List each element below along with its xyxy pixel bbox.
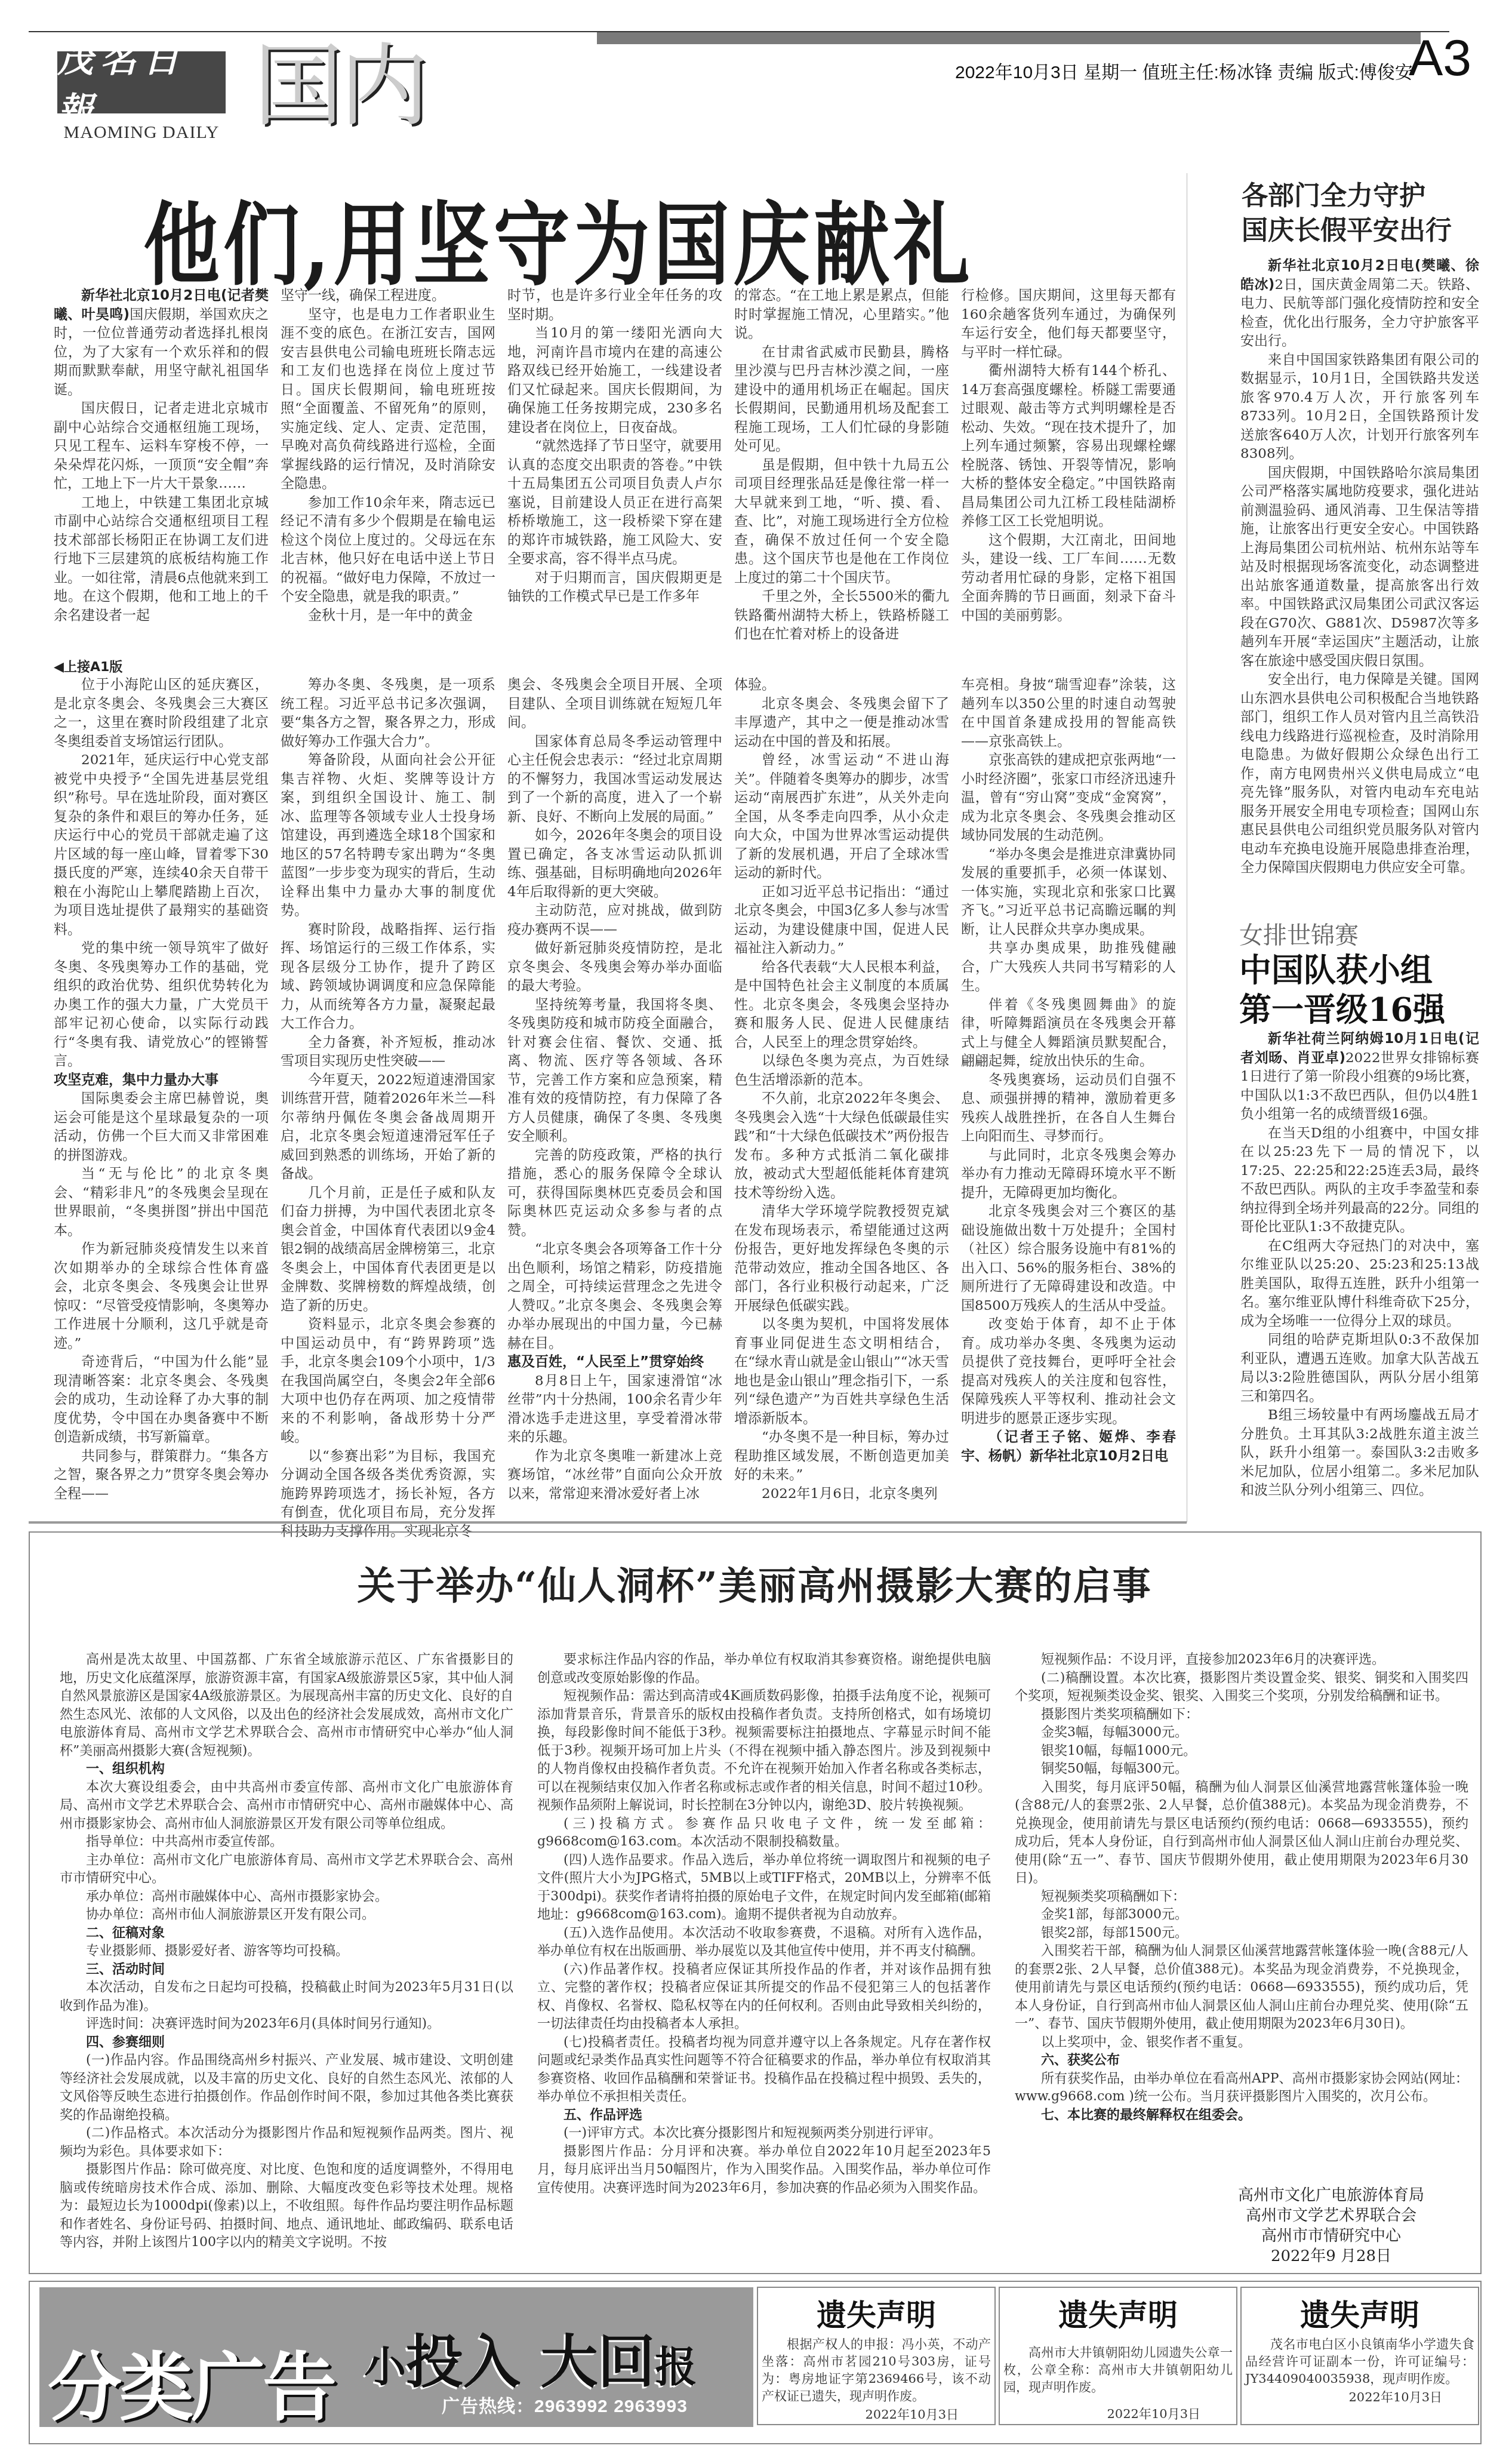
dateline-lead: 新华社北京10月2日电(樊曦、徐皓冰)	[1240, 258, 1479, 293]
slogan-part: 报	[655, 2343, 697, 2392]
paragraph: 资料显示，北京冬奥会参赛的中国运动员中，有“跨界跨项”选手，北京冬奥会109个小…	[281, 1315, 495, 1447]
signer: 高州市文化广电旅游体育局	[1206, 2185, 1456, 2205]
paragraph: 曾经，冰雪运动“不进山海关”。伴随着冬奥筹办的脚步，冰雪运动“南展西扩东进”，从…	[734, 751, 949, 883]
paragraph: “办冬奥不是一种目标，筹办过程助推区域发展，不断创造更加美好的未来。”	[734, 1428, 949, 1485]
paragraph: 安全出行，电力保障是关键。国网山东泗水县供电公司积极配合当地铁路部门，组织工作人…	[1240, 670, 1479, 878]
paragraph: 新华社荷兰阿纳姆10月1日电(记者刘旸、肖亚卓)2022世界女排锦标赛1日进行了…	[1240, 1030, 1479, 1124]
signer: 高州市市情研究中心	[1206, 2226, 1456, 2246]
side-headline-volleyball: 女排世锦赛 中国队获小组 第一晋级16强	[1239, 916, 1478, 1029]
lost-notice-1: 遗失声明 根据产权人的申报：冯小英，不动产坐落：高州市茗园210号303房，证号…	[757, 2287, 996, 2425]
paragraph: 参加工作10余年来，隋志远已经记不清有多少个假期是在输电运检这个岗位上度过的。父…	[281, 494, 495, 607]
side-story-travel-body: 新华社北京10月2日电(樊曦、徐皓冰)2日，国庆黄金周第二天。铁路、电力、民航等…	[1240, 257, 1479, 878]
text-column: 筹办冬奥、冬残奥，是一项系统工程。习近平总书记多次强调，要“集各方之智，聚各界之…	[281, 676, 495, 1541]
column-divider	[1187, 173, 1187, 1522]
paragraph: 金秋十月，是一年中的黄金	[281, 607, 495, 626]
text-column: 车亮相。身披“瑞雪迎春”涂装，这趟列车以350公里的时速自动驾驶在中国首条建成投…	[961, 676, 1176, 1466]
text-column: 的常态。“在工地上累是累点，但能时时掌握施工情况，心里踏实。”他说。在甘肃省武威…	[734, 287, 949, 644]
notice-body: 根据产权人的申报：冯小英，不动产坐落：高州市茗园210号303房，证号为：粤房地…	[762, 2336, 991, 2405]
paragraph: 对于归期而言，国庆假期更是铀铁的工作模式早已是工作多年	[507, 569, 722, 607]
paragraph: 评选时间：决赛评选时间为2023年6月(具体时间另行通知)。	[60, 2015, 513, 2034]
paragraph: 主动防范，应对挑战，做到防疫办赛两不误——	[507, 902, 722, 939]
paragraph: 短视频作品：不设月评，直接参加2023年6月的决赛评选。	[1015, 1651, 1468, 1669]
dateline-lead: 新华社北京10月2日电(记者樊曦、叶昊鸣)	[54, 288, 269, 322]
lead-headline: 他们,用坚守为国庆献礼	[143, 173, 974, 303]
paragraph: (四)人选作品要求。作品入选后，举办单位将统一调取图片和视频的电子文件(照片大小…	[537, 1851, 991, 1924]
paragraph: 清华大学环境学院教授贺克斌在发布现场表示，希望能通过这两份报告，更好地发挥绿色冬…	[734, 1202, 949, 1315]
paragraph: 在当天D组的小组赛中，中国女排在以25:23先下一局的情况下，以17:25、22…	[1240, 1124, 1479, 1237]
volleyball-kicker: 女排世锦赛	[1239, 916, 1478, 950]
paragraph: 时节，也是许多行业全年任务的攻坚时期。	[507, 287, 722, 324]
text-column: 新华社北京10月2日电(记者樊曦、叶昊鸣)国庆假期，举国欢庆之时，一位位普通劳动…	[54, 287, 269, 625]
paragraph: 国庆假日，记者走进北京城市副中心站综合交通枢纽施工现场，只见工程车、运料车穿梭不…	[54, 399, 269, 494]
lost-notice-3: 遗失声明 茂名市电白区小良镇南华小学遗失食品经营许可证副本一份，许可证编号：JY…	[1240, 2287, 1479, 2425]
paragraph: 几个月前，正是任子威和队友们奋力拼搏，为中国代表团北京冬奥会首金，中国体育代表团…	[281, 1184, 495, 1316]
paragraph: 短视频类奖项稿酬如下：	[1015, 1888, 1468, 1906]
paragraph: 以绿色冬奥为亮点，为百姓绿色生活增添新的范本。	[734, 1052, 949, 1090]
text-column: 高州是冼太故里、中国荔都、广东省全域旅游示范区、广东省摄影目的地，历史文化底蕴深…	[60, 1651, 513, 2252]
paragraph: 衢州湖特大桥有144个桥孔、14万套高强度螺栓。桥隧工需要通过眼观、敲击等方式判…	[961, 362, 1176, 531]
paragraph: 京张高铁的建成把京张两地“一小时经济圈”，张家口市经济迅速升温，曾有“穷山窝”变…	[961, 751, 1176, 845]
paragraph: 今年夏天，2022短道速滑国家训练营开营，随着2026年米兰—科尔蒂纳丹佩佐冬奥…	[281, 1071, 495, 1184]
text-column: 时节，也是许多行业全年任务的攻坚时期。当10月的第一缕阳光洒向大地，河南许昌市境…	[507, 287, 722, 607]
notice-date: 2022年10月3日	[758, 2405, 994, 2423]
paragraph: 虽是假期，但中铁十九局五公司项目经理张品廷是像往常一样一大早就来到工地，“听、摸…	[734, 456, 949, 588]
paragraph: 奇迹背后，“中国为什么能”显现清晰答案：北京冬奥会、冬残奥会的成功，生动诠释了办…	[54, 1353, 269, 1447]
paragraph: 北京冬奥会、冬残奥会留下了丰厚遗产，其中之一便是推动冰雪运动在中国的普及和拓展。	[734, 695, 949, 752]
paragraph: 银奖2部，每部1500元。	[1015, 1924, 1468, 1943]
paragraph: 当“无与伦比”的北京冬奥会、“精彩非凡”的冬残奥会呈现在世界眼前，“冬奥拼图”拼…	[54, 1165, 269, 1240]
paragraph: 作为新冠肺炎疫情发生以来首次如期举办的全球综合性体育盛会，北京冬奥会、冬残奥会让…	[54, 1240, 269, 1353]
paragraph: 2022年1月6日，北京冬奥列	[734, 1485, 949, 1504]
paragraph: 以上奖项中，金、银奖作者不重复。	[1015, 2034, 1468, 2052]
paragraph: 同组的哈萨克斯坦队0:3不敌保加利亚队，遭遇五连败。加拿大队苦战五局以3:2险胜…	[1240, 1331, 1479, 1406]
paragraph: 主办单位：高州市文化广电旅游体育局、高州市文学艺术界联合会、高州市市情研究中心。	[60, 1851, 513, 1888]
paragraph: (五)入选作品使用。本次活动不收取参赛费，不退稿。对所有入选作品，举办单位有权在…	[537, 1924, 991, 1961]
side-headline-travel: 各部门全力守护 国庆长假平安出行	[1242, 179, 1452, 248]
contest-date: 2022年9 月28日	[1206, 2246, 1456, 2266]
paragraph: (一)作品内容。作品围绕高州乡村振兴、产业发展、城市建设、文明创建等经济社会发展…	[60, 2051, 513, 2124]
subheading: 一、组织机构	[60, 1760, 513, 1779]
paragraph: “就然选择了节日坚守，就要用认真的态度交出职责的答卷。”中铁十五局集团五公司项目…	[507, 437, 722, 569]
paragraph: 改变始于体育，却不止于体育。成功举办冬奥、冬残奥为运动员提供了竞技舞台，更呼吁全…	[961, 1315, 1176, 1428]
subheading: 七、本比赛的最终解释权在组委会。	[1015, 2106, 1468, 2125]
masthead-grey-bar	[597, 32, 1421, 44]
slogan-part: 回	[598, 2328, 655, 2395]
paragraph: 作为北京冬奥唯一新建冰上竞赛场馆，“冰丝带”自面向公众开放以来，常常迎来滑冰爱好…	[507, 1447, 722, 1504]
notice-body: 高州市大井镇朝阳幼儿园遗失公章一枚，公章全称：高州市大井镇朝阳幼儿园，现声明作废…	[1003, 2344, 1233, 2396]
side-headline-line2: 国庆长假平安出行	[1242, 214, 1452, 248]
paragraph: 给各代表载“大人民根本利益，是中国特色社会主义制度的本质属性。北京冬奥会，冬残奥…	[734, 958, 949, 1053]
paragraph: 铜奖50幅，每幅300元。	[1015, 1760, 1468, 1779]
notice-title: 遗失声明	[1242, 2291, 1478, 2334]
text-column: 坚守一线，确保工程进度。坚守，也是电力工作者职业生涯不变的底色。在浙江安吉，国网…	[281, 287, 495, 625]
paragraph: 这个假期，大江南北，田间地头，建设一线、工厂车间……无数劳动者用忙碌的身影，定格…	[961, 531, 1176, 626]
contest-signers: 高州市文化广电旅游体育局 高州市文学艺术界联合会 高州市市情研究中心 2022年…	[1206, 2185, 1456, 2266]
paragraph: 冬残奥赛场，运动员们自强不息、顽强拼搏的精神，激励着更多残疾人战胜挫折，在各自人…	[961, 1071, 1176, 1146]
section-divider	[29, 1521, 1187, 1524]
paragraph: 在甘肃省武威市民勤县，腾格里沙漠与巴丹吉林沙漠之间，一座建设中的通用机场正在崛起…	[734, 343, 949, 456]
slogan-part: 投入	[406, 2328, 521, 2395]
contest-title: 关于举办“仙人洞杯”美丽高州摄影大赛的启事	[0, 1555, 1509, 1610]
paragraph: “举办冬奥会是推进京津冀协同发展的重要抓手，必须一体谋划、一体实施，实现北京和张…	[961, 845, 1176, 940]
continued-from-label: ◀上接A1版	[54, 657, 122, 675]
dateline-lead: （记者王子铭、姬烨、李春宇、杨帆）新华社北京10月2日电	[961, 1429, 1176, 1464]
paragraph: 全力备赛，补齐短板，推动冰雪项目实现历史性突破——	[281, 1033, 495, 1071]
notice-body: 茂名市电白区小良镇南华小学遗失食品经营许可证副本一份，许可证编号：JY34409…	[1245, 2336, 1474, 2388]
newspaper-logo-english: MAOMING DAILY	[57, 122, 226, 143]
paragraph: 正如习近平总书记指出：“通过北京冬奥会，中国3亿多人参与冰雪运动，为建设健康中国…	[734, 883, 949, 958]
text-column: 行检修。国庆期间，这里每天都有160余趟客货列车通过，为确保列车运行安全，他们每…	[961, 287, 1176, 625]
text-column: 短视频作品：不设月评，直接参加2023年6月的决赛评选。(二)稿酬设置。本次比赛…	[1015, 1651, 1468, 2124]
volleyball-headline-line1: 中国队获小组	[1239, 950, 1478, 990]
dateline-lead: 新华社荷兰阿纳姆10月1日电(记者刘旸、肖亚卓)	[1240, 1031, 1479, 1066]
paragraph: 所有获奖作品，由举办单位在看高州APP、高州市摄影家协会网站(网址：www.g9…	[1015, 2070, 1468, 2106]
paragraph: 与此同时，北京冬残奥会筹办举办有力推动无障碍环境水平不断提升，无障碍更加均衡化。	[961, 1146, 1176, 1203]
classified-ad-slogan: 小投入 大回报	[364, 2317, 697, 2398]
paragraph: 摄影图片作品：分月评和决赛。举办单位自2022年10月起至2023年5月，每月底…	[537, 2143, 991, 2198]
slogan-part: 大	[540, 2328, 598, 2395]
paragraph: 奥会、冬残奥会全项目开展、全项目建队、全项目训练就在短短几年间。	[507, 676, 722, 733]
text-column: 位于小海陀山区的延庆赛区，是北京冬奥会、冬残奥会三大赛区之一，这里在赛时阶段组建…	[54, 676, 269, 1503]
paragraph: 国际奥委会主席巴赫曾说，奥运会可能是这个星球最复杂的一项活动，仿佛一个巨大而又非…	[54, 1090, 269, 1165]
paragraph: 赛时阶段，战略指挥、运行指挥、场馆运行的三级工作体系，实现各层级分工协作，提升了…	[281, 921, 495, 1033]
paragraph: 千里之外，全长5500米的衢九铁路衢州湖特大桥上，铁路桥隧工们也在忙着对桥上的设…	[734, 587, 949, 644]
subheading: 六、获奖公布	[1015, 2051, 1468, 2070]
paragraph: 筹备阶段，从面向社会公开征集吉祥物、火炬、奖牌等设计方案，到组织全国设计、施工、…	[281, 751, 495, 921]
paragraph: （记者王子铭、姬烨、李春宇、杨帆）新华社北京10月2日电	[961, 1428, 1176, 1466]
dateline: 2022年10月3日 星期一 值班主任:杨冰锋 责编 版式:傅俊安	[955, 57, 1413, 84]
paragraph: 坚持统筹考量，我国将冬奥、冬残奥防疫和城市防疫全面融合，针对赛会住宿、餐饮、交通…	[507, 996, 722, 1146]
notice-date: 2022年10月3日	[1242, 2388, 1478, 2405]
paragraph: 以冬奥为契机，中国将发展体育事业同促进生态文明相结合，在“绿水青山就是金山银山”…	[734, 1315, 949, 1428]
subheading: 四、参赛细则	[60, 2034, 513, 2052]
side-headline-line1: 各部门全力守护	[1242, 179, 1452, 214]
paragraph: 新华社北京10月2日电(樊曦、徐皓冰)2日，国庆黄金周第二天。铁路、电力、民航等…	[1240, 257, 1479, 351]
paragraph: 共享办奥成果，助推残健融合，广大残疾人共同书写精彩的人生。	[961, 939, 1176, 996]
paragraph: 车亮相。身披“瑞雪迎春”涂装，这趟列车以350公里的时速自动驾驶在中国首条建成投…	[961, 676, 1176, 751]
paragraph: 指导单位：中共高州市委宣传部。	[60, 1833, 513, 1851]
paragraph: 承办单位：高州市融媒体中心、高州市摄影家协会。	[60, 1888, 513, 1906]
volleyball-headline-line2: 第一晋级16强	[1239, 990, 1478, 1029]
paragraph: 金奖1部，每部3000元。	[1015, 1906, 1468, 1924]
paragraph: 要求标注作品内容的作品，举办单位有权取消其参赛资格。谢绝提供电脑创意或改变原始影…	[537, 1651, 991, 1687]
paragraph: 坚守，也是电力工作者职业生涯不变的底色。在浙江安吉，国网安吉县供电公司输电班班长…	[281, 306, 495, 494]
paragraph: 做好新冠肺炎疫情防控，是北京冬奥会、冬残奥会筹办举办面临的最大考验。	[507, 939, 722, 996]
paragraph: 如今，2026年冬奥会的项目设置已确定，各支冰雪运动队抓训练、强基础，目标明确地…	[507, 826, 722, 902]
text-column: 要求标注作品内容的作品，举办单位有权取消其参赛资格。谢绝提供电脑创意或改变原始影…	[537, 1651, 991, 2197]
paragraph: 新华社北京10月2日电(记者樊曦、叶昊鸣)国庆假期，举国欢庆之时，一位位普通劳动…	[54, 287, 269, 399]
paragraph: 2021年，延庆运行中心党支部被党中央授予“全国先进基层党组织”称号。早在选址阶…	[54, 751, 269, 939]
paragraph: 8月8日上午，国家速滑馆“冰丝带”内十分热闹，100余名青少年滑冰选手走进这里，…	[507, 1372, 722, 1447]
notice-date: 2022年10月3日	[1000, 2396, 1236, 2422]
paragraph: 行检修。国庆期间，这里每天都有160余趟客货列车通过，为确保列车运行安全，他们每…	[961, 287, 1176, 362]
signer: 高州市文学艺术界联合会	[1206, 2205, 1456, 2226]
subheading: 攻坚克难，集中力量办大事	[54, 1071, 269, 1090]
paragraph: 的常态。“在工地上累是累点，但能时时掌握施工情况，心里踏实。”他说。	[734, 287, 949, 343]
text-column: 奥会、冬残奥会全项目开展、全项目建队、全项目训练就在短短几年间。国家体育总局冬季…	[507, 676, 722, 1503]
paragraph: 协办单位：高州市仙人洞旅游景区开发有限公司。	[60, 1906, 513, 1924]
paragraph: 以“参赛出彩”为目标，我国充分调动全国各级各类优秀资源，实施跨界跨项选才，扬长补…	[281, 1447, 495, 1542]
paragraph: 专业摄影师、摄影爱好者、游客等均可投稿。	[60, 1942, 513, 1961]
paragraph: 高州是冼太故里、中国荔都、广东省全域旅游示范区、广东省摄影目的地，历史文化底蕴深…	[60, 1651, 513, 1760]
paragraph: 共同参与，群策群力。“集各方之智，聚各界之力”贯穿冬奥会筹办全程——	[54, 1447, 269, 1504]
side-story-volleyball-body: 新华社荷兰阿纳姆10月1日电(记者刘旸、肖亚卓)2022世界女排锦标赛1日进行了…	[1240, 1030, 1479, 1500]
paragraph: 银奖10幅，每幅1000元。	[1015, 1742, 1468, 1761]
paragraph: 国庆假期，中国铁路哈尔滨局集团公司严格落实属地防疫要求，强化进站前测温验码、通风…	[1240, 464, 1479, 671]
paragraph: 不久前，北京2022年冬奥会、冬残奥会入选“十大绿色低碳最佳实践”和“十大绿色低…	[734, 1090, 949, 1202]
subheading: 惠及百姓，“人民至上”贯穿始终	[507, 1353, 722, 1372]
paragraph: (一)评审方式。本次比赛分摄影图片和短视频两类分别进行评审。	[537, 2124, 991, 2143]
paragraph: 短视频作品：需达到高清或4K画质数码影像，拍摄手法角度不论，视频可添加背景音乐，…	[537, 1687, 991, 1815]
text-column: 体验。北京冬奥会、冬残奥会留下了丰厚遗产，其中之一便是推动冰雪运动在中国的普及和…	[734, 676, 949, 1503]
paragraph: 来自中国国家铁路集团有限公司的数据显示，10月1日，全国铁路共发送旅客970.4…	[1240, 351, 1479, 464]
classified-ad-title: 分类广告	[48, 2328, 334, 2435]
paragraph: 摄影图片类奖项稿酬如下：	[1015, 1706, 1468, 1724]
paragraph: 完善的防疫政策，严格的执行措施，悉心的服务保障令全球认可，获得国际奥林匹克委员会…	[507, 1146, 722, 1241]
paragraph: 坚守一线，确保工程进度。	[281, 287, 495, 306]
paragraph: 在C组两大夺冠热门的对决中，塞尔维亚队以25:20、25:23和25:13战胜美…	[1240, 1237, 1479, 1331]
paragraph: 工地上，中铁建工集团北京城市副中心站综合交通枢纽项目工程技术部部长杨阳正在协调工…	[54, 494, 269, 626]
newspaper-logo: 茂名日報	[57, 51, 226, 113]
paragraph: 筹办冬奥、冬残奥，是一项系统工程。习近平总书记多次强调，要“集各方之智，聚各界之…	[281, 676, 495, 751]
paragraph: “北京冬奥会各项筹备工作十分出色顺利，场馆之精彩，防疫措施之周全，可持续运营理念…	[507, 1240, 722, 1353]
paragraph: 本次活动，自发布之日起均可投稿，投稿截止时间为2023年5月31日(以收到作品为…	[60, 1979, 513, 2015]
paragraph: (三)投稿方式。参赛作品只收电子文件，统一发至邮箱：g9668com@163.c…	[537, 1815, 991, 1851]
lost-notice-2: 遗失声明 高州市大井镇朝阳幼儿园遗失公章一枚，公章全称：高州市大井镇朝阳幼儿园，…	[999, 2287, 1237, 2425]
paragraph: (二)作品格式。本次活动分为摄影图片作品和短视频作品两类。图片、视频均为彩色。具…	[60, 2124, 513, 2161]
paragraph: (二)稿酬设置。本次比赛，摄影图片类设置金奖、银奖、铜奖和入围奖四个奖项，短视频…	[1015, 1669, 1468, 1706]
paragraph: (七)投稿者责任。投稿者均视为同意并遵守以上各条规定。凡存在著作权问题或纪录类作…	[537, 2034, 991, 2106]
ad-hotline: 广告热线：2963992 2963993	[442, 2391, 688, 2417]
subheading: 三、活动时间	[60, 1961, 513, 1979]
paragraph: 伴着《冬残奥圆舞曲》的旋律，听障舞蹈演员在冬残奥会开幕式上与健全人舞蹈演员默契配…	[961, 996, 1176, 1071]
section-title: 国内	[254, 42, 426, 131]
paragraph: 本次大赛设组委会，由中共高州市委宣传部、高州市文化广电旅游体育局、高州市文学艺术…	[60, 1779, 513, 1834]
paragraph: 体验。	[734, 676, 949, 695]
paragraph: 入围奖若干部，稿酬为仙人洞景区仙溪营地露营帐篷体验一晚(含88元/人的套票2张、…	[1015, 1942, 1468, 2034]
paragraph: 金奖3幅，每幅3000元。	[1015, 1724, 1468, 1742]
paragraph: B组三场较量中有两场鏖战五局才分胜负。土耳其队3:2战胜东道主波兰队，跃升小组第…	[1240, 1406, 1479, 1500]
paragraph: 北京冬残奥会对三个赛区的基础设施做出数十万处提升；全国村（社区）综合服务设施中有…	[961, 1202, 1176, 1315]
paragraph: 摄影图片作品：除可做亮度、对比度、色饱和度的适度调整外，不得用电脑或传统暗房技术…	[60, 2161, 513, 2252]
paragraph: 党的集中统一领导筑牢了做好冬奥、冬残奥筹办工作的基础，党组织的政治优势、组织优势…	[54, 939, 269, 1071]
notice-title: 遗失声明	[758, 2291, 994, 2334]
page-number: A3	[1409, 29, 1471, 88]
paragraph: 当10月的第一缕阳光洒向大地，河南许昌市境内在建的高速公路双线已经开始施工，一线…	[507, 324, 722, 437]
slogan-part: 小	[364, 2343, 406, 2392]
paragraph: 国家体育总局冬季运动管理中心主任倪会忠表示：“经过北京周期的不懈努力，我国冰雪运…	[507, 733, 722, 827]
notice-title: 遗失声明	[1000, 2291, 1236, 2334]
paragraph: 入围奖，每月底评50幅，稿酬为仙人洞景区仙溪营地露营帐篷体验一晚(含88元/人的…	[1015, 1779, 1468, 1888]
paragraph: 位于小海陀山区的延庆赛区，是北京冬奥会、冬残奥会三大赛区之一，这里在赛时阶段组建…	[54, 676, 269, 751]
subheading: 二、征稿对象	[60, 1924, 513, 1943]
subheading: 五、作品评选	[537, 2106, 991, 2125]
paragraph: (六)作品著作权。投稿者应保证其所投作品的作者，并对该作品拥有独立、完整的著作权…	[537, 1961, 991, 2034]
